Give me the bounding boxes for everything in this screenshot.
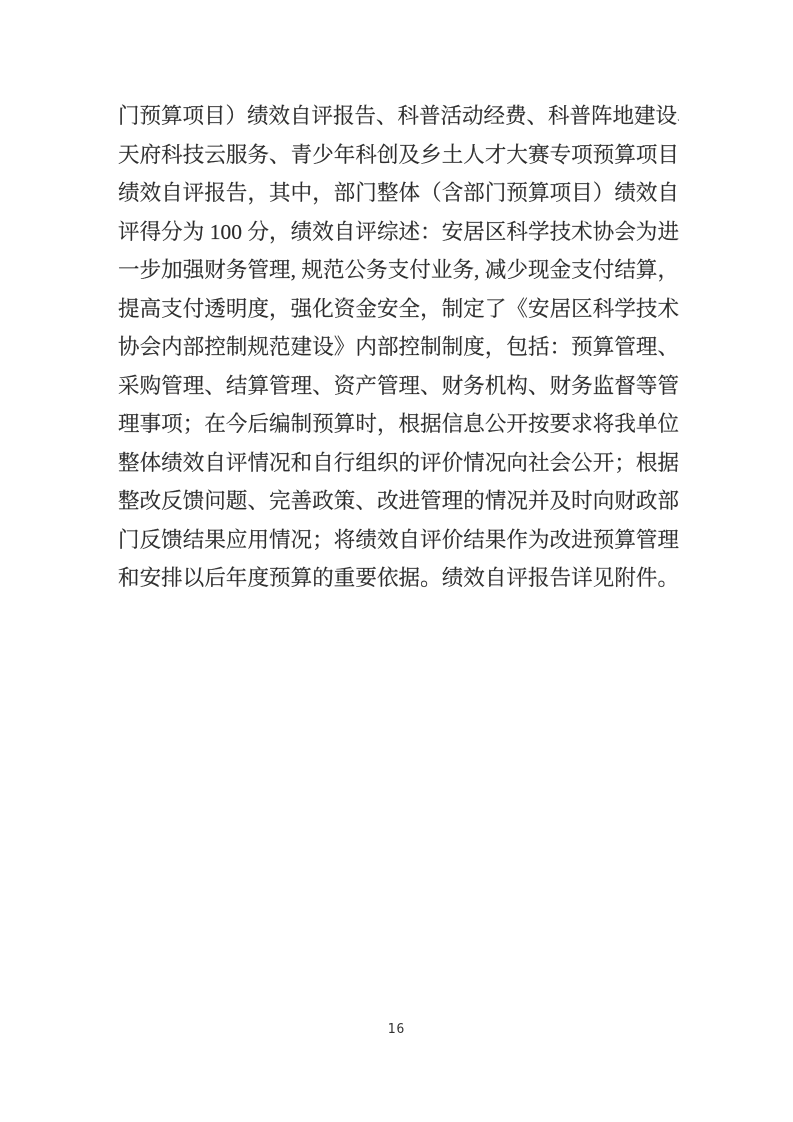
paragraph-line: 理事项；在今后编制预算时，根据信息公开按要求将我单位 [118,405,679,444]
paragraph-line: 协会内部控制规范建设》内部控制制度，包括：预算管理、 [118,328,679,367]
paragraph-line: 和安排以后年度预算的重要依据。绩效自评报告详见附件。 [118,559,679,598]
paragraph-line: 绩效自评报告，其中，部门整体（含部门预算项目）绩效自 [118,174,679,213]
paragraph-line: 整体绩效自评情况和自行组织的评价情况向社会公开；根据 [118,444,679,483]
paragraph-line: 门反馈结果应用情况；将绩效自评价结果作为改进预算管理 [118,521,679,560]
paragraph-line: 一步加强财务管理, 规范公务支付业务, 减少现金支付结算， [118,251,679,290]
paragraph-block: 门预算项目）绩效自评报告、科普活动经费、科普阵地建设、 天府科技云服务、青少年科… [118,97,679,598]
page-number: 16 [0,1022,793,1037]
paragraph-line: 门预算项目）绩效自评报告、科普活动经费、科普阵地建设、 [118,97,679,136]
document-page: 门预算项目）绩效自评报告、科普活动经费、科普阵地建设、 天府科技云服务、青少年科… [0,0,793,1122]
paragraph-line: 天府科技云服务、青少年科创及乡土人才大赛专项预算项目 [118,136,679,175]
paragraph-line: 整改反馈问题、完善政策、改进管理的情况并及时向财政部 [118,482,679,521]
paragraph-line: 评得分为 100 分，绩效自评综述：安居区科学技术协会为进 [118,213,679,252]
paragraph-line: 提高支付透明度，强化资金安全，制定了《安居区科学技术 [118,290,679,329]
paragraph-line: 采购管理、结算管理、资产管理、财务机构、财务监督等管 [118,367,679,406]
